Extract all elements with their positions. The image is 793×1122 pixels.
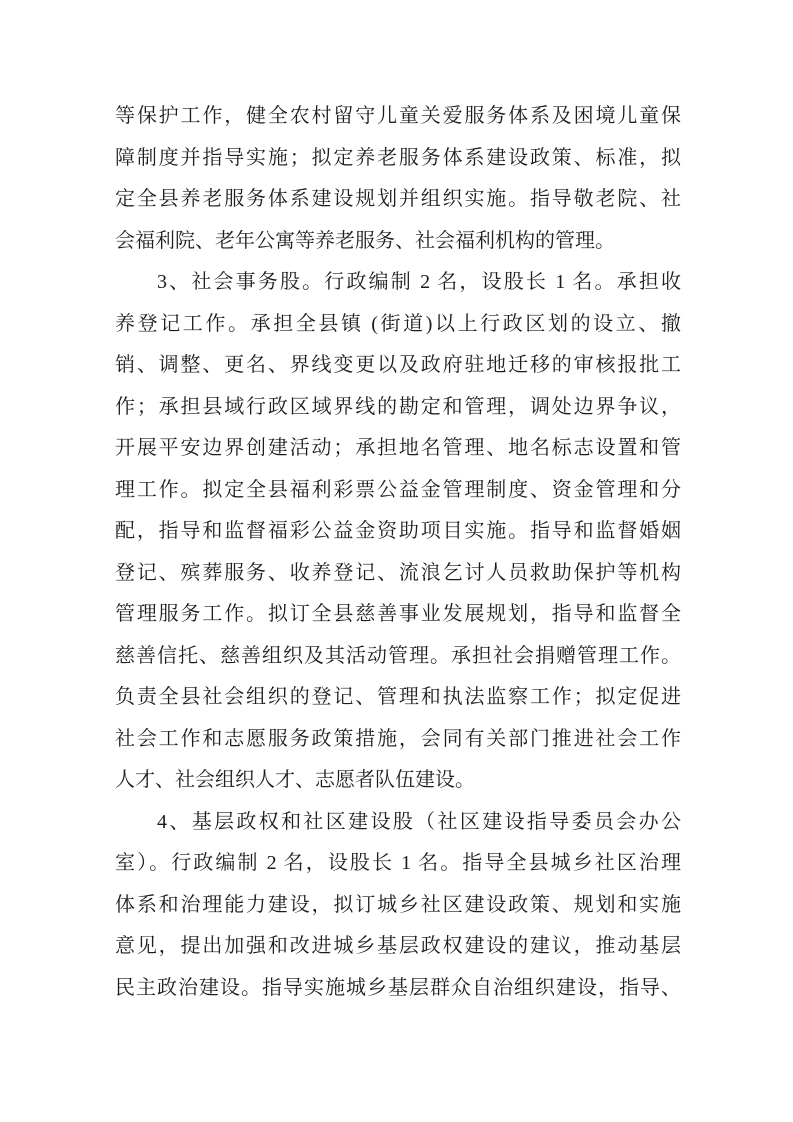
text-line: 负责全县社会组织的登记、管理和执法监察工作；拟定促进 — [115, 677, 681, 719]
paragraph: 4、基层政权和社区建设股（社区建设指导委员会办公 室）。行政编制 2 名，设股长… — [115, 802, 681, 1010]
text-line: 销、调整、更名、界线变更以及政府驻地迁移的审核报批工 — [115, 345, 681, 387]
text-line: 体系和治理能力建设，拟订城乡社区建设政策、规划和实施 — [115, 885, 681, 927]
text-line: 管理服务工作。拟订全县慈善事业发展规划，指导和监督全 — [115, 594, 681, 636]
text-line: 定全县养老服务体系建设规划并组织实施。指导敬老院、社 — [115, 179, 681, 221]
text-line: 社会工作和志愿服务政策措施，会同有关部门推进社会工作 — [115, 719, 681, 761]
text-line: 4、基层政权和社区建设股（社区建设指导委员会办公 — [115, 802, 681, 844]
text-line: 人才、社会组织人才、志愿者队伍建设。 — [115, 760, 681, 802]
text-line: 配，指导和监督福彩公益金资助项目实施。指导和监督婚姻 — [115, 511, 681, 553]
text-line: 开展平安边界创建活动；承担地名管理、地名标志设置和管 — [115, 428, 681, 470]
text-line: 养登记工作。承担全县镇 (街道)以上行政区划的设立、撤 — [115, 304, 681, 346]
text-line: 慈善信托、慈善组织及其活动管理。承担社会捐赠管理工作。 — [115, 636, 681, 678]
paragraph: 3、社会事务股。行政编制 2 名，设股长 1 名。承担收 养登记工作。承担全县镇… — [115, 262, 681, 802]
text-line: 理工作。拟定全县福利彩票公益金管理制度、资金管理和分 — [115, 470, 681, 512]
text-line: 意见，提出加强和改进城乡基层政权建设的建议，推动基层 — [115, 926, 681, 968]
paragraph: 等保护工作，健全农村留守儿童关爱服务体系及困境儿童保 障制度并指导实施；拟定养老… — [115, 96, 681, 262]
text-line: 室）。行政编制 2 名，设股长 1 名。指导全县城乡社区治理 — [115, 843, 681, 885]
document-text: 等保护工作，健全农村留守儿童关爱服务体系及困境儿童保 障制度并指导实施；拟定养老… — [115, 96, 681, 1009]
text-line: 3、社会事务股。行政编制 2 名，设股长 1 名。承担收 — [115, 262, 681, 304]
text-line: 登记、殡葬服务、收养登记、流浪乞讨人员救助保护等机构 — [115, 553, 681, 595]
text-line: 作；承担县域行政区域界线的勘定和管理，调处边界争议， — [115, 387, 681, 429]
text-line: 障制度并指导实施；拟定养老服务体系建设政策、标准，拟 — [115, 138, 681, 180]
text-line: 等保护工作，健全农村留守儿童关爱服务体系及困境儿童保 — [115, 96, 681, 138]
document-page: 等保护工作，健全农村留守儿童关爱服务体系及困境儿童保 障制度并指导实施；拟定养老… — [0, 0, 793, 1122]
text-line: 会福利院、老年公寓等养老服务、社会福利机构的管理。 — [115, 221, 681, 263]
text-line: 民主政治建设。指导实施城乡基层群众自治组织建设，指导、 — [115, 968, 681, 1010]
